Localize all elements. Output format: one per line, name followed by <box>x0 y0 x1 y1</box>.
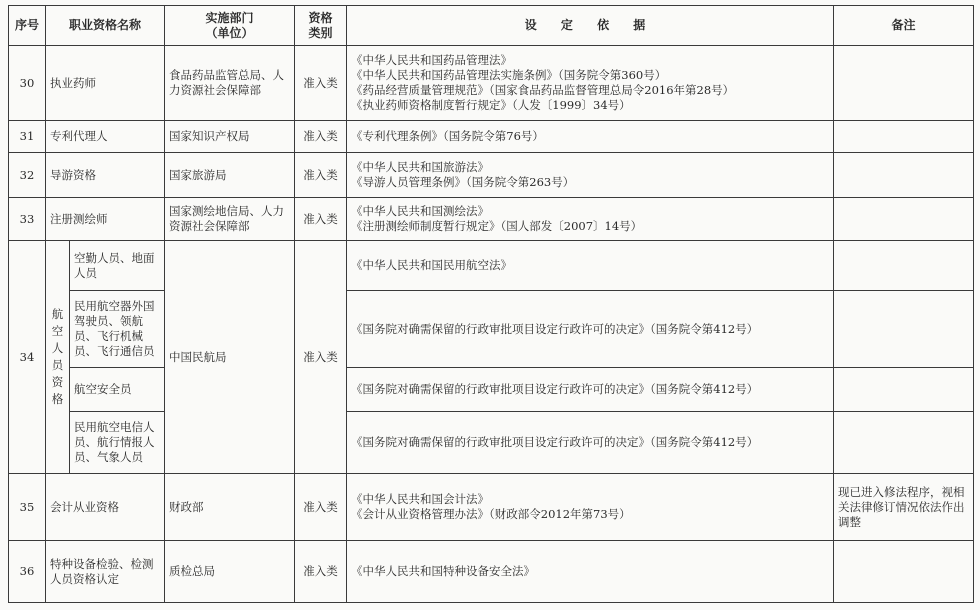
cell-seq: 34 <box>9 241 46 474</box>
cell-seq: 35 <box>9 474 46 541</box>
table-row: 31 专利代理人 国家知识产权局 准入类 《专利代理条例》（国务院令第76号） <box>9 121 974 153</box>
table-row: 35 会计从业资格 财政部 准入类 《中华人民共和国会计法》 《会计从业资格管理… <box>9 474 974 541</box>
cell-dept: 国家测绘地信局、人力资源社会保障部 <box>165 198 295 241</box>
col-type-line2: 类别 <box>299 26 342 41</box>
cell-type: 准入类 <box>295 541 347 603</box>
cell-sub-name: 民用航空器外国驾驶员、领航员、飞行机械员、飞行通信员 <box>70 291 165 368</box>
basis-line: 《药品经营质量管理规范》（国家食品药品监督管理总局令2016年第28号） <box>351 83 829 98</box>
cell-type: 准入类 <box>295 153 347 198</box>
cell-name: 会计从业资格 <box>46 474 165 541</box>
table-sub-row: 民用航空器外国驾驶员、领航员、飞行机械员、飞行通信员 《国务院对确需保留的行政审… <box>9 291 974 368</box>
cell-name: 注册测绘师 <box>46 198 165 241</box>
basis-line: 《中华人民共和国民用航空法》 <box>351 258 829 273</box>
cell-basis: 《国务院对确需保留的行政审批项目设定行政许可的决定》（国务院令第412号） <box>347 368 834 412</box>
col-dept-line2: （单位） <box>169 26 290 41</box>
cell-seq: 32 <box>9 153 46 198</box>
cell-seq: 30 <box>9 46 46 121</box>
cell-dept: 中国民航局 <box>165 241 295 474</box>
cell-basis: 《中华人民共和国特种设备安全法》 <box>347 541 834 603</box>
cell-sub-name: 民用航空电信人员、航行情报人员、气象人员 <box>70 412 165 474</box>
col-basis: 设 定 依 据 <box>347 6 834 46</box>
cell-remark <box>834 368 974 412</box>
col-type-line1: 资格 <box>299 11 342 26</box>
cell-dept: 财政部 <box>165 474 295 541</box>
cell-basis: 《国务院对确需保留的行政审批项目设定行政许可的决定》（国务院令第412号） <box>347 291 834 368</box>
cell-basis: 《中华人民共和国旅游法》 《导游人员管理条例》（国务院令第263号） <box>347 153 834 198</box>
basis-line: 《专利代理条例》（国务院令第76号） <box>351 129 829 144</box>
basis-line: 《执业药师资格制度暂行规定》（人发〔1999〕34号） <box>351 98 829 113</box>
cell-remark <box>834 121 974 153</box>
cell-dept: 食品药品监管总局、人力资源社会保障部 <box>165 46 295 121</box>
cell-dept: 国家旅游局 <box>165 153 295 198</box>
col-dept: 实施部门 （单位） <box>165 6 295 46</box>
cell-basis: 《中华人民共和国测绘法》 《注册测绘师制度暂行规定》（国人部发〔2007〕14号… <box>347 198 834 241</box>
basis-line: 《中华人民共和国会计法》 <box>351 492 829 507</box>
cell-type: 准入类 <box>295 241 347 474</box>
basis-line: 《国务院对确需保留的行政审批项目设定行政许可的决定》（国务院令第412号） <box>351 435 829 450</box>
cell-seq: 36 <box>9 541 46 603</box>
basis-line: 《国务院对确需保留的行政审批项目设定行政许可的决定》（国务院令第412号） <box>351 382 829 397</box>
cell-type: 准入类 <box>295 121 347 153</box>
basis-line: 《中华人民共和国药品管理法实施条例》（国务院令第360号） <box>351 68 829 83</box>
basis-line: 《导游人员管理条例》（国务院令第263号） <box>351 175 829 190</box>
basis-line: 《中华人民共和国测绘法》 <box>351 204 829 219</box>
cell-sub-name: 空勤人员、地面人员 <box>70 241 165 291</box>
table-row: 33 注册测绘师 国家测绘地信局、人力资源社会保障部 准入类 《中华人民共和国测… <box>9 198 974 241</box>
cell-basis: 《中华人民共和国药品管理法》 《中华人民共和国药品管理法实施条例》（国务院令第3… <box>347 46 834 121</box>
cell-basis: 《中华人民共和国会计法》 《会计从业资格管理办法》（财政部令2012年第73号） <box>347 474 834 541</box>
cell-dept: 国家知识产权局 <box>165 121 295 153</box>
col-type: 资格 类别 <box>295 6 347 46</box>
basis-line: 《注册测绘师制度暂行规定》（国人部发〔2007〕14号） <box>351 219 829 234</box>
cell-dept: 质检总局 <box>165 541 295 603</box>
cell-remark <box>834 541 974 603</box>
basis-line: 《会计从业资格管理办法》（财政部令2012年第73号） <box>351 507 829 522</box>
cell-name: 专利代理人 <box>46 121 165 153</box>
table-row: 34 航 空 人 员 资 格 空勤人员、地面人员 中国民航局 准入类 《中华人民… <box>9 241 974 291</box>
col-name: 职业资格名称 <box>46 6 165 46</box>
cell-remark: 现已进入修法程序，视相关法律修订情况依法作出调整 <box>834 474 974 541</box>
cell-basis: 《中华人民共和国民用航空法》 <box>347 241 834 291</box>
basis-line: 《中华人民共和国旅游法》 <box>351 160 829 175</box>
cell-remark <box>834 412 974 474</box>
table-sub-row: 航空安全员 《国务院对确需保留的行政审批项目设定行政许可的决定》（国务院令第41… <box>9 368 974 412</box>
col-remark: 备注 <box>834 6 974 46</box>
cell-type: 准入类 <box>295 198 347 241</box>
cell-type: 准入类 <box>295 474 347 541</box>
cell-type: 准入类 <box>295 46 347 121</box>
basis-line: 《国务院对确需保留的行政审批项目设定行政许可的决定》（国务院令第412号） <box>351 322 829 337</box>
header-row: 序号 职业资格名称 实施部门 （单位） 资格 类别 设 定 依 据 备注 <box>9 6 974 46</box>
cell-remark <box>834 291 974 368</box>
cell-group-name: 航 空 人 员 资 格 <box>46 241 70 474</box>
table-row: 36 特种设备检验、检测人员资格认定 质检总局 准入类 《中华人民共和国特种设备… <box>9 541 974 603</box>
cell-remark <box>834 198 974 241</box>
cell-remark <box>834 153 974 198</box>
basis-line: 《中华人民共和国特种设备安全法》 <box>351 564 829 579</box>
cell-basis: 《国务院对确需保留的行政审批项目设定行政许可的决定》（国务院令第412号） <box>347 412 834 474</box>
cell-basis: 《专利代理条例》（国务院令第76号） <box>347 121 834 153</box>
col-dept-line1: 实施部门 <box>169 11 290 26</box>
cell-remark <box>834 241 974 291</box>
cell-remark <box>834 46 974 121</box>
basis-line: 《中华人民共和国药品管理法》 <box>351 53 829 68</box>
cell-sub-name: 航空安全员 <box>70 368 165 412</box>
col-seq: 序号 <box>9 6 46 46</box>
cell-seq: 31 <box>9 121 46 153</box>
cell-name: 执业药师 <box>46 46 165 121</box>
table-row: 32 导游资格 国家旅游局 准入类 《中华人民共和国旅游法》 《导游人员管理条例… <box>9 153 974 198</box>
table-row: 30 执业药师 食品药品监管总局、人力资源社会保障部 准入类 《中华人民共和国药… <box>9 46 974 121</box>
cell-seq: 33 <box>9 198 46 241</box>
table-sub-row: 民用航空电信人员、航行情报人员、气象人员 《国务院对确需保留的行政审批项目设定行… <box>9 412 974 474</box>
qualification-table: 序号 职业资格名称 实施部门 （单位） 资格 类别 设 定 依 据 备注 30 … <box>8 5 974 603</box>
cell-name: 导游资格 <box>46 153 165 198</box>
cell-name: 特种设备检验、检测人员资格认定 <box>46 541 165 603</box>
